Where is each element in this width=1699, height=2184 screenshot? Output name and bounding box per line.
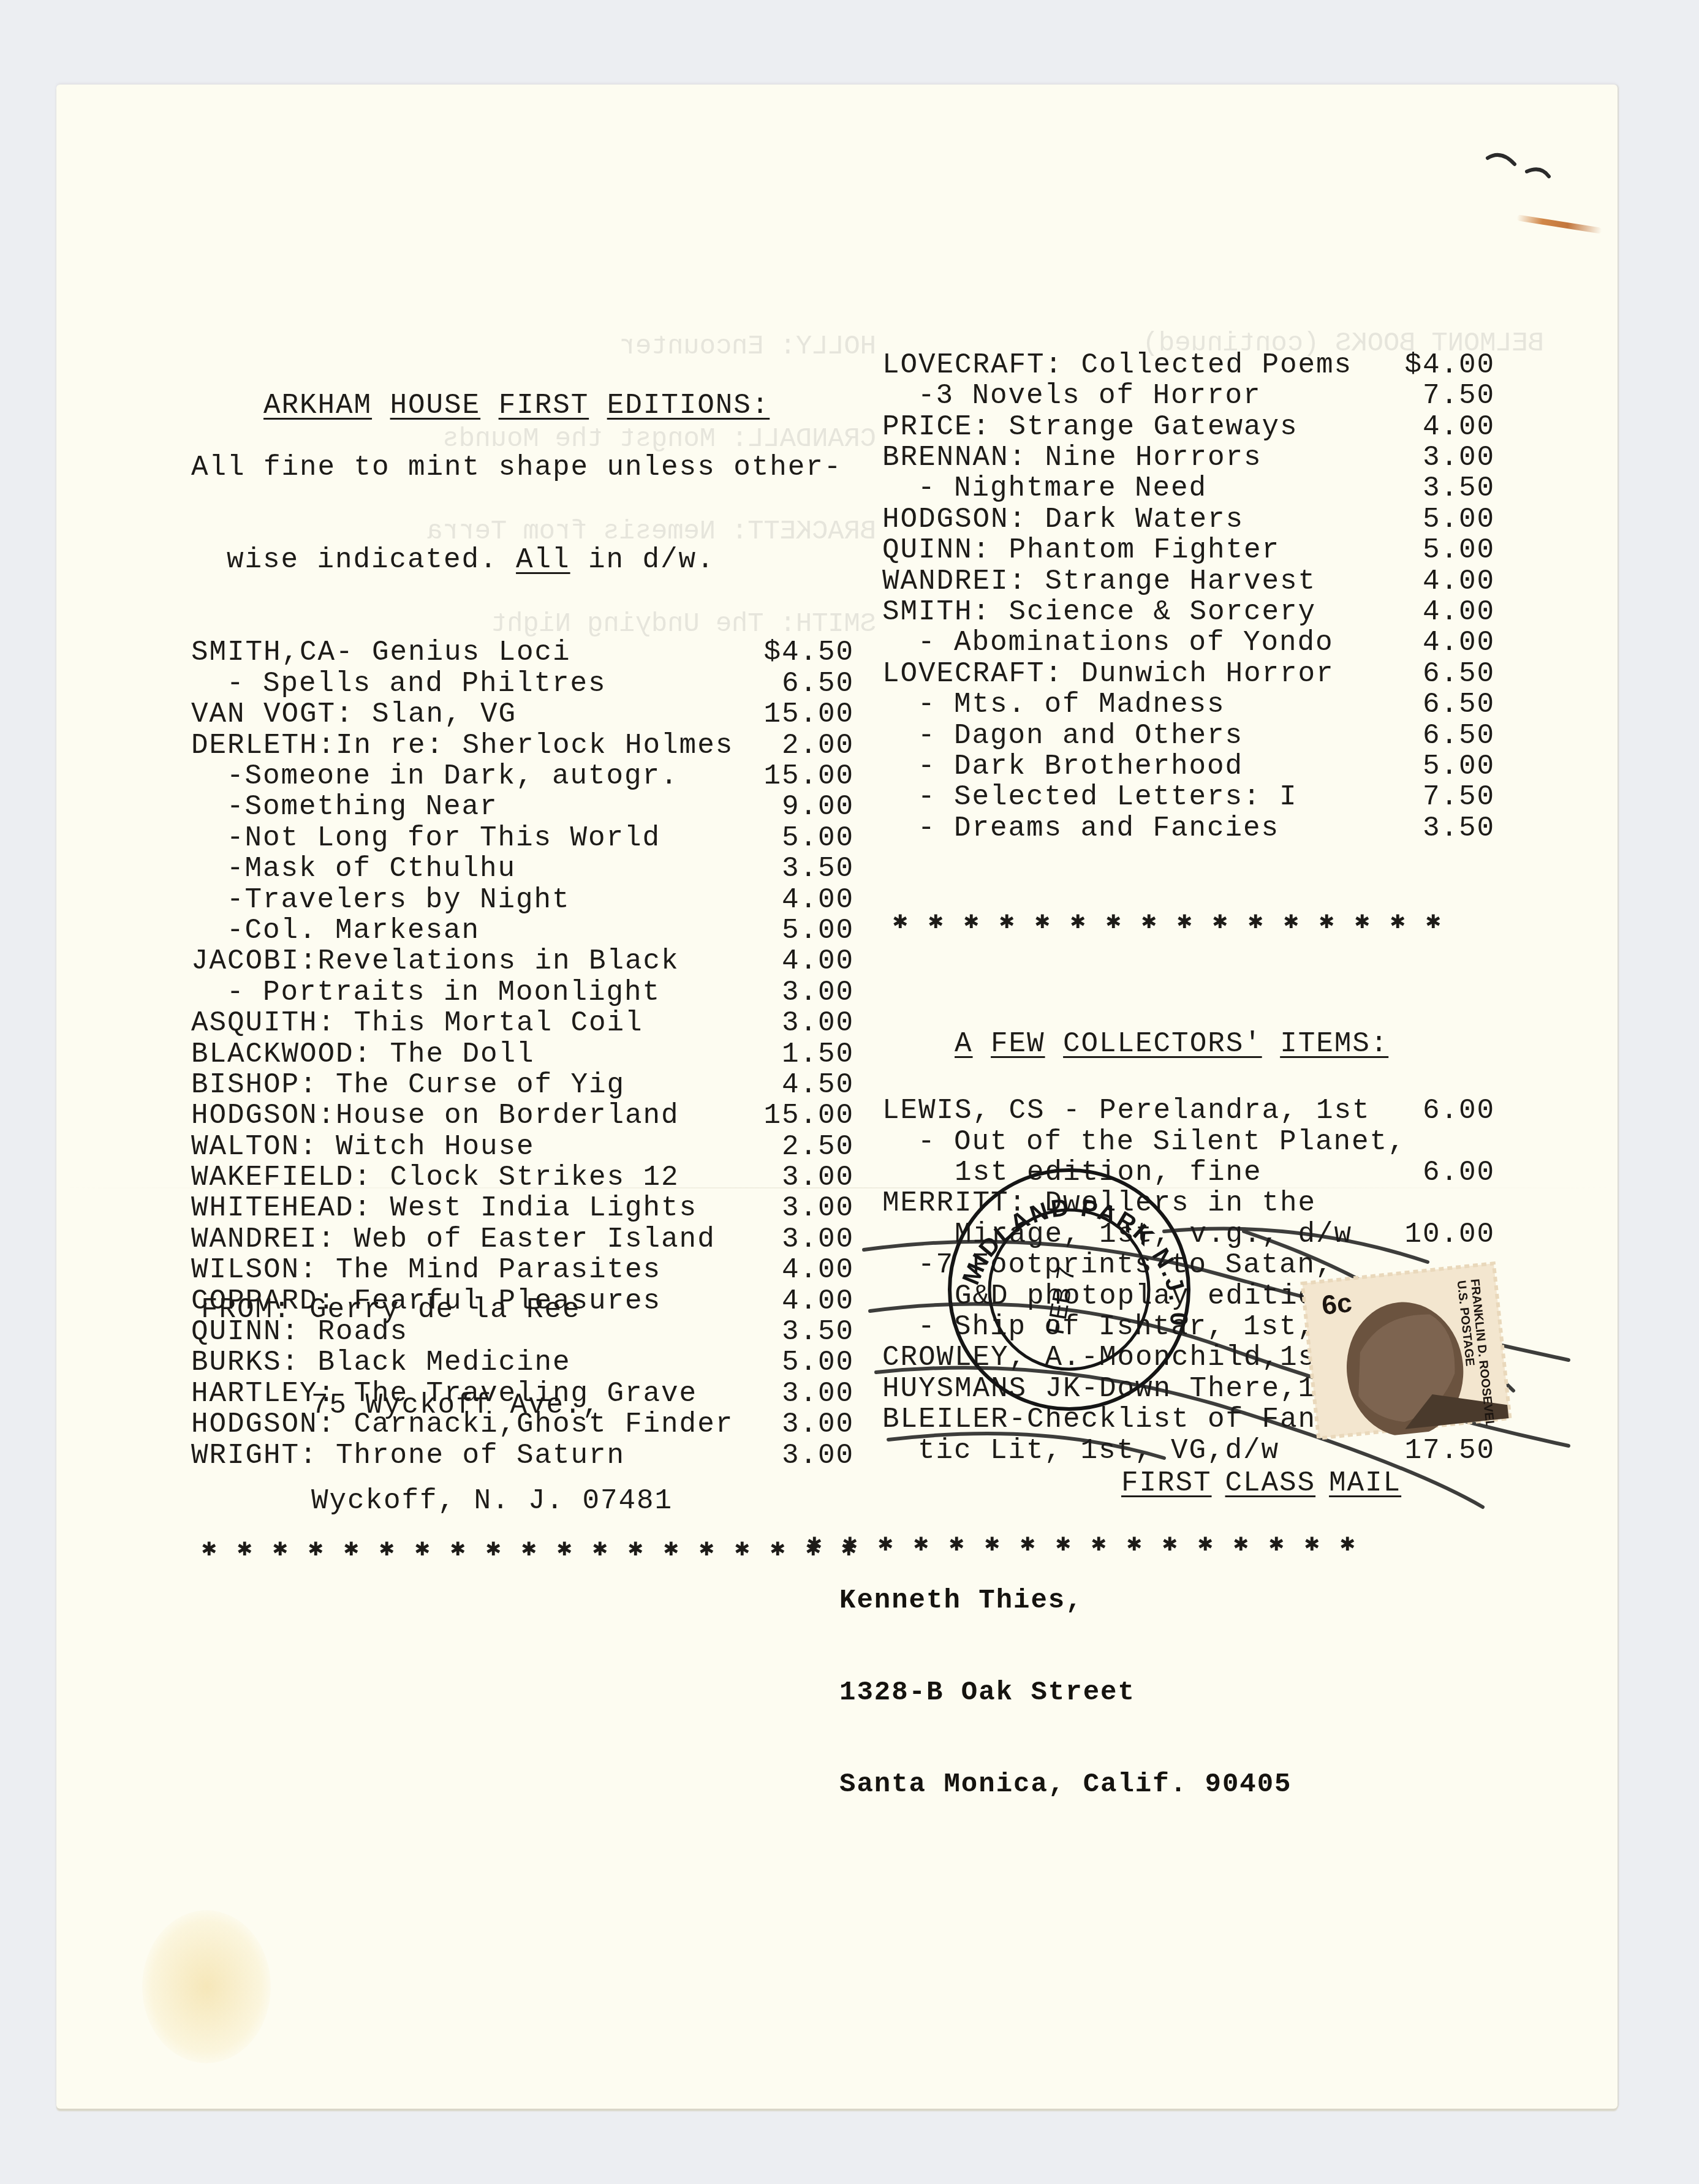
roosevelt-portrait-icon: 6c FRANKLIN D. ROOSEVELT U.S. POSTAGE xyxy=(1297,1258,1515,1443)
book-title: - Spells and Philtres xyxy=(227,668,607,700)
book-title: ASQUITH: This Mortal Coil xyxy=(191,1007,643,1039)
sender-address: FROM: Gerry de la Ree 75 Wyckoff Ave., W… xyxy=(201,1230,673,1549)
book-title: -Travelers by Night xyxy=(227,884,570,916)
book-price: 4.00 xyxy=(782,885,854,915)
book-price: 5.00 xyxy=(1423,535,1495,565)
asterisk-icon: ✱ xyxy=(918,907,953,938)
asterisk-icon: ✱ xyxy=(1294,1530,1330,1560)
book-title: -Mask of Cthulhu xyxy=(227,853,516,885)
book-title: -Not Long for This World xyxy=(227,822,660,854)
book-price: 1.50 xyxy=(782,1039,854,1070)
book-list: LOVECRAFT: Collected Poems$4.00-3 Novels… xyxy=(882,350,1495,844)
rust-mark xyxy=(1516,214,1602,234)
book-title: - Nightmare Need xyxy=(918,472,1207,504)
book-title: - Dagon and Others xyxy=(918,720,1243,752)
book-entry: QUINN: Phantom Fighter5.00 xyxy=(882,535,1495,565)
recipient-name: Kenneth Thies, xyxy=(839,1585,1292,1616)
book-title: - Selected Letters: I xyxy=(918,781,1298,813)
book-price: 4.00 xyxy=(782,1286,854,1317)
book-price: 4.00 xyxy=(1423,412,1495,442)
book-entry: - Spells and Philtres6.50 xyxy=(191,668,854,699)
book-price: 3.00 xyxy=(782,1224,854,1255)
book-entry: tic Lit, 1st, VG,d/w17.50 xyxy=(882,1435,1495,1466)
book-entry: LEWIS, CS - Perelandra, 1st6.00 xyxy=(882,1095,1495,1126)
asterisk-icon: ✱ xyxy=(1131,907,1167,938)
book-price: 5.00 xyxy=(1423,504,1495,535)
book-title: LOVECRAFT: Collected Poems xyxy=(882,349,1352,381)
book-entry: -Mask of Cthulhu3.50 xyxy=(191,853,854,884)
from-label: FROM: xyxy=(201,1294,292,1326)
recipient-city: Santa Monica, Calif. 90405 xyxy=(839,1769,1292,1800)
book-price: 15.00 xyxy=(763,699,854,730)
water-stain xyxy=(142,1910,271,2063)
book-price: 6.50 xyxy=(782,668,854,699)
note-emphasis: All xyxy=(516,544,570,576)
book-title: BLACKWOOD: The Doll xyxy=(191,1038,535,1070)
book-price: 6.00 xyxy=(1423,1095,1495,1126)
book-title: VAN VOGT: Slan, VG xyxy=(191,698,517,730)
book-price: 3.00 xyxy=(1423,442,1495,473)
book-price: 3.50 xyxy=(1423,473,1495,504)
asterisk-icon: ✱ xyxy=(1309,907,1344,938)
asterisk-icon: ✱ xyxy=(797,1530,832,1560)
asterisk-icon: ✱ xyxy=(724,1535,760,1565)
book-title: -Someone in Dark, autogr. xyxy=(227,760,679,792)
collectors-title: A FEW COLLECTORS' ITEMS: xyxy=(882,998,1495,1029)
stamp-denomination: 6c xyxy=(1320,1288,1353,1321)
asterisk-icon: ✱ xyxy=(1238,907,1273,938)
book-title: -Col. Markesan xyxy=(227,915,480,947)
sender-name: Gerry de la Ree xyxy=(309,1294,581,1326)
book-price: 4.00 xyxy=(782,1255,854,1285)
book-title: - Dark Brotherhood xyxy=(918,750,1243,782)
title-word: COLLECTORS' xyxy=(1063,1028,1262,1060)
book-price: 3.00 xyxy=(782,1378,854,1409)
book-entry: - Selected Letters: I7.50 xyxy=(882,782,1495,812)
book-price: 15.00 xyxy=(763,1100,854,1131)
book-entry: BRENNAN: Nine Horrors3.00 xyxy=(882,442,1495,473)
book-entry: DERLETH:In re: Sherlock Holmes2.00 xyxy=(191,730,854,761)
book-title: -3 Novels of Horror xyxy=(918,380,1262,412)
mail-word: FIRST xyxy=(1121,1467,1212,1499)
asterisk-icon: ✱ xyxy=(882,907,918,938)
title-word: HOUSE xyxy=(390,390,481,421)
book-title: - Abominations of Yondo xyxy=(918,627,1334,659)
book-entry: - Portraits in Moonlight3.00 xyxy=(191,977,854,1008)
book-price: 3.00 xyxy=(782,977,854,1008)
book-price: 3.00 xyxy=(782,1409,854,1440)
book-price: 4.00 xyxy=(1423,597,1495,627)
book-title: WANDREI: Strange Harvest xyxy=(882,565,1316,597)
book-price: 9.00 xyxy=(782,792,854,822)
book-entry: JACOBI:Revelations in Black4.00 xyxy=(191,946,854,977)
book-entry: -Something Near9.00 xyxy=(191,792,854,822)
book-price: 3.50 xyxy=(782,853,854,884)
book-entry: VAN VOGT: Slan, VG15.00 xyxy=(191,699,854,730)
asterisk-icon: ✱ xyxy=(989,907,1024,938)
recipient-street: 1328-B Oak Street xyxy=(839,1677,1292,1708)
book-price: 6.50 xyxy=(1423,720,1495,751)
book-price: 3.00 xyxy=(782,1440,854,1471)
asterisk-icon: ✱ xyxy=(1330,1530,1365,1560)
book-price: $4.00 xyxy=(1404,350,1495,380)
book-price: 10.00 xyxy=(1404,1219,1495,1250)
postmark: MIDLAND PARK N.J. 07432 FEB 7 xyxy=(937,1152,1201,1415)
asterisk-icon: ✱ xyxy=(1060,907,1095,938)
book-title: LEWIS, CS - Perelandra, 1st xyxy=(882,1095,1371,1127)
book-title: PRICE: Strange Gateways xyxy=(882,411,1298,443)
book-title: JACOBI:Revelations in Black xyxy=(191,945,679,977)
book-title: BRENNAN: Nine Horrors xyxy=(882,442,1262,474)
book-title: SMITH: Science & Sorcery xyxy=(882,596,1316,628)
note-text: in d/w. xyxy=(570,544,715,576)
title-word: ARKHAM xyxy=(263,390,372,421)
asterisk-icon: ✱ xyxy=(760,1535,795,1565)
book-price: 6.50 xyxy=(1423,659,1495,689)
book-price: 6.00 xyxy=(1423,1157,1495,1188)
asterisk-icon: ✱ xyxy=(1344,907,1380,938)
book-title: - Dreams and Fancies xyxy=(918,812,1279,844)
book-title: - Mts. of Madness xyxy=(918,689,1225,720)
book-title: -Something Near xyxy=(227,791,498,823)
asterisk-icon: ✱ xyxy=(1415,907,1451,938)
book-title: - Portraits in Moonlight xyxy=(227,977,660,1008)
book-entry: - Dagon and Others6.50 xyxy=(882,720,1495,751)
asterisk-icon: ✱ xyxy=(689,1535,724,1565)
book-price: $4.50 xyxy=(763,637,854,668)
book-entry: SMITH,CA- Genius Loci$4.50 xyxy=(191,637,854,668)
book-entry: - Nightmare Need3.50 xyxy=(882,473,1495,504)
book-price: 5.00 xyxy=(782,823,854,853)
postmark-date: FEB 7 xyxy=(1042,1264,1081,1336)
book-title: WALTON: Witch House xyxy=(191,1131,535,1163)
book-entry: - Abominations of Yondo4.00 xyxy=(882,627,1495,658)
asterisk-icon: ✱ xyxy=(1167,907,1202,938)
title-word: FIRST xyxy=(499,390,589,421)
book-title: SMITH,CA- Genius Loci xyxy=(191,637,571,668)
book-price: 5.00 xyxy=(782,1347,854,1378)
book-entry: LOVECRAFT: Dunwich Horror6.50 xyxy=(882,659,1495,689)
book-title: LOVECRAFT: Dunwich Horror xyxy=(882,658,1334,690)
book-price: 15.00 xyxy=(763,761,854,792)
book-entry: BISHOP: The Curse of Yig4.50 xyxy=(191,1070,854,1100)
book-entry: SMITH: Science & Sorcery4.00 xyxy=(882,597,1495,627)
book-entry: -Someone in Dark, autogr.15.00 xyxy=(191,761,854,792)
book-entry: BLACKWOOD: The Doll1.50 xyxy=(191,1039,854,1070)
asterisk-icon: ✱ xyxy=(1095,907,1131,938)
book-price: 3.50 xyxy=(1423,813,1495,844)
book-entry: LOVECRAFT: Collected Poems$4.00 xyxy=(882,350,1495,380)
book-entry: - Dreams and Fancies3.50 xyxy=(882,813,1495,844)
asterisk-icon: ✱ xyxy=(1273,907,1309,938)
book-entry: - Dark Brotherhood5.00 xyxy=(882,751,1495,782)
book-entry: WAKEFIELD: Clock Strikes 123.00 xyxy=(191,1162,854,1193)
title-word: EDITIONS: xyxy=(607,390,770,421)
book-title: tic Lit, 1st, VG,d/w xyxy=(918,1435,1279,1467)
book-price: 7.50 xyxy=(1423,380,1495,411)
book-price: 7.50 xyxy=(1423,782,1495,812)
book-entry: WANDREI: Strange Harvest4.00 xyxy=(882,566,1495,597)
book-title: HODGSON: Dark Waters xyxy=(882,504,1244,535)
book-entry: -Not Long for This World5.00 xyxy=(191,823,854,853)
book-price: 5.00 xyxy=(782,915,854,946)
book-price: 3.50 xyxy=(782,1317,854,1347)
asterisk-icon: ✱ xyxy=(1380,907,1415,938)
book-title: QUINN: Phantom Fighter xyxy=(882,534,1280,566)
book-title: WAKEFIELD: Clock Strikes 12 xyxy=(191,1162,679,1193)
first-class-mail-label: FIRSTCLASSMAIL xyxy=(1121,1467,1415,1499)
book-price: 2.00 xyxy=(782,730,854,761)
book-title: DERLETH:In re: Sherlock Holmes xyxy=(191,730,733,761)
asterisk-icon: ✱ xyxy=(1202,907,1238,938)
book-entry: PRICE: Strange Gateways4.00 xyxy=(882,412,1495,442)
book-price: 4.00 xyxy=(1423,566,1495,597)
book-entry: -Col. Markesan5.00 xyxy=(191,915,854,946)
book-entry: HODGSON: Dark Waters5.00 xyxy=(882,504,1495,535)
book-price: 3.00 xyxy=(782,1193,854,1223)
book-price: 4.50 xyxy=(782,1070,854,1100)
book-price: 5.00 xyxy=(1423,751,1495,782)
book-price: 2.50 xyxy=(782,1132,854,1162)
book-price: 3.00 xyxy=(782,1008,854,1038)
asterisk-icon: ✱ xyxy=(953,907,989,938)
title-word: FEW xyxy=(991,1028,1045,1060)
sender-street: 75 Wyckoff Ave., xyxy=(201,1389,673,1421)
staple-icon xyxy=(1483,147,1556,184)
book-entry: - Mts. of Madness6.50 xyxy=(882,689,1495,720)
book-entry: -Travelers by Night4.00 xyxy=(191,885,854,915)
book-entry: WHITEHEAD: West India Lights3.00 xyxy=(191,1193,854,1223)
book-title: HODGSON:House on Borderland xyxy=(191,1100,679,1132)
book-title: WHITEHEAD: West India Lights xyxy=(191,1192,697,1224)
mail-word: CLASS xyxy=(1225,1467,1316,1499)
sender-line: FROM: Gerry de la Ree xyxy=(201,1294,673,1326)
title-word: A xyxy=(955,1028,973,1060)
book-price: 3.00 xyxy=(782,1162,854,1193)
book-price: 17.50 xyxy=(1404,1435,1495,1466)
book-price: 4.00 xyxy=(1423,627,1495,658)
condition-note: All fine to mint shape unless other- xyxy=(191,452,854,483)
note-text: wise indicated. xyxy=(227,544,516,576)
asterisk-separator: ✱✱✱✱✱✱✱✱✱✱✱✱✱✱✱✱ xyxy=(882,905,1495,936)
condition-note-cont: wise indicated. All in d/w. xyxy=(191,545,854,575)
asterisk-icon: ✱ xyxy=(1024,907,1060,938)
book-price: 4.00 xyxy=(782,946,854,977)
mail-word: MAIL xyxy=(1329,1467,1401,1499)
section-title: ARKHAM HOUSE FIRST EDITIONS: xyxy=(191,360,854,390)
book-entry: HODGSON:House on Borderland15.00 xyxy=(191,1100,854,1131)
book-entry: ASQUITH: This Mortal Coil3.00 xyxy=(191,1008,854,1038)
book-title: BISHOP: The Curse of Yig xyxy=(191,1069,625,1101)
book-entry: -3 Novels of Horror7.50 xyxy=(882,380,1495,411)
recipient-address: Kenneth Thies, 1328-B Oak Street Santa M… xyxy=(839,1524,1292,1831)
title-word: ITEMS: xyxy=(1280,1028,1388,1060)
book-entry: WALTON: Witch House2.50 xyxy=(191,1132,854,1162)
book-price: 6.50 xyxy=(1423,689,1495,720)
sender-city: Wyckoff, N. J. 07481 xyxy=(201,1485,673,1517)
postage-stamp: 6c FRANKLIN D. ROOSEVELT U.S. POSTAGE xyxy=(1297,1258,1515,1443)
